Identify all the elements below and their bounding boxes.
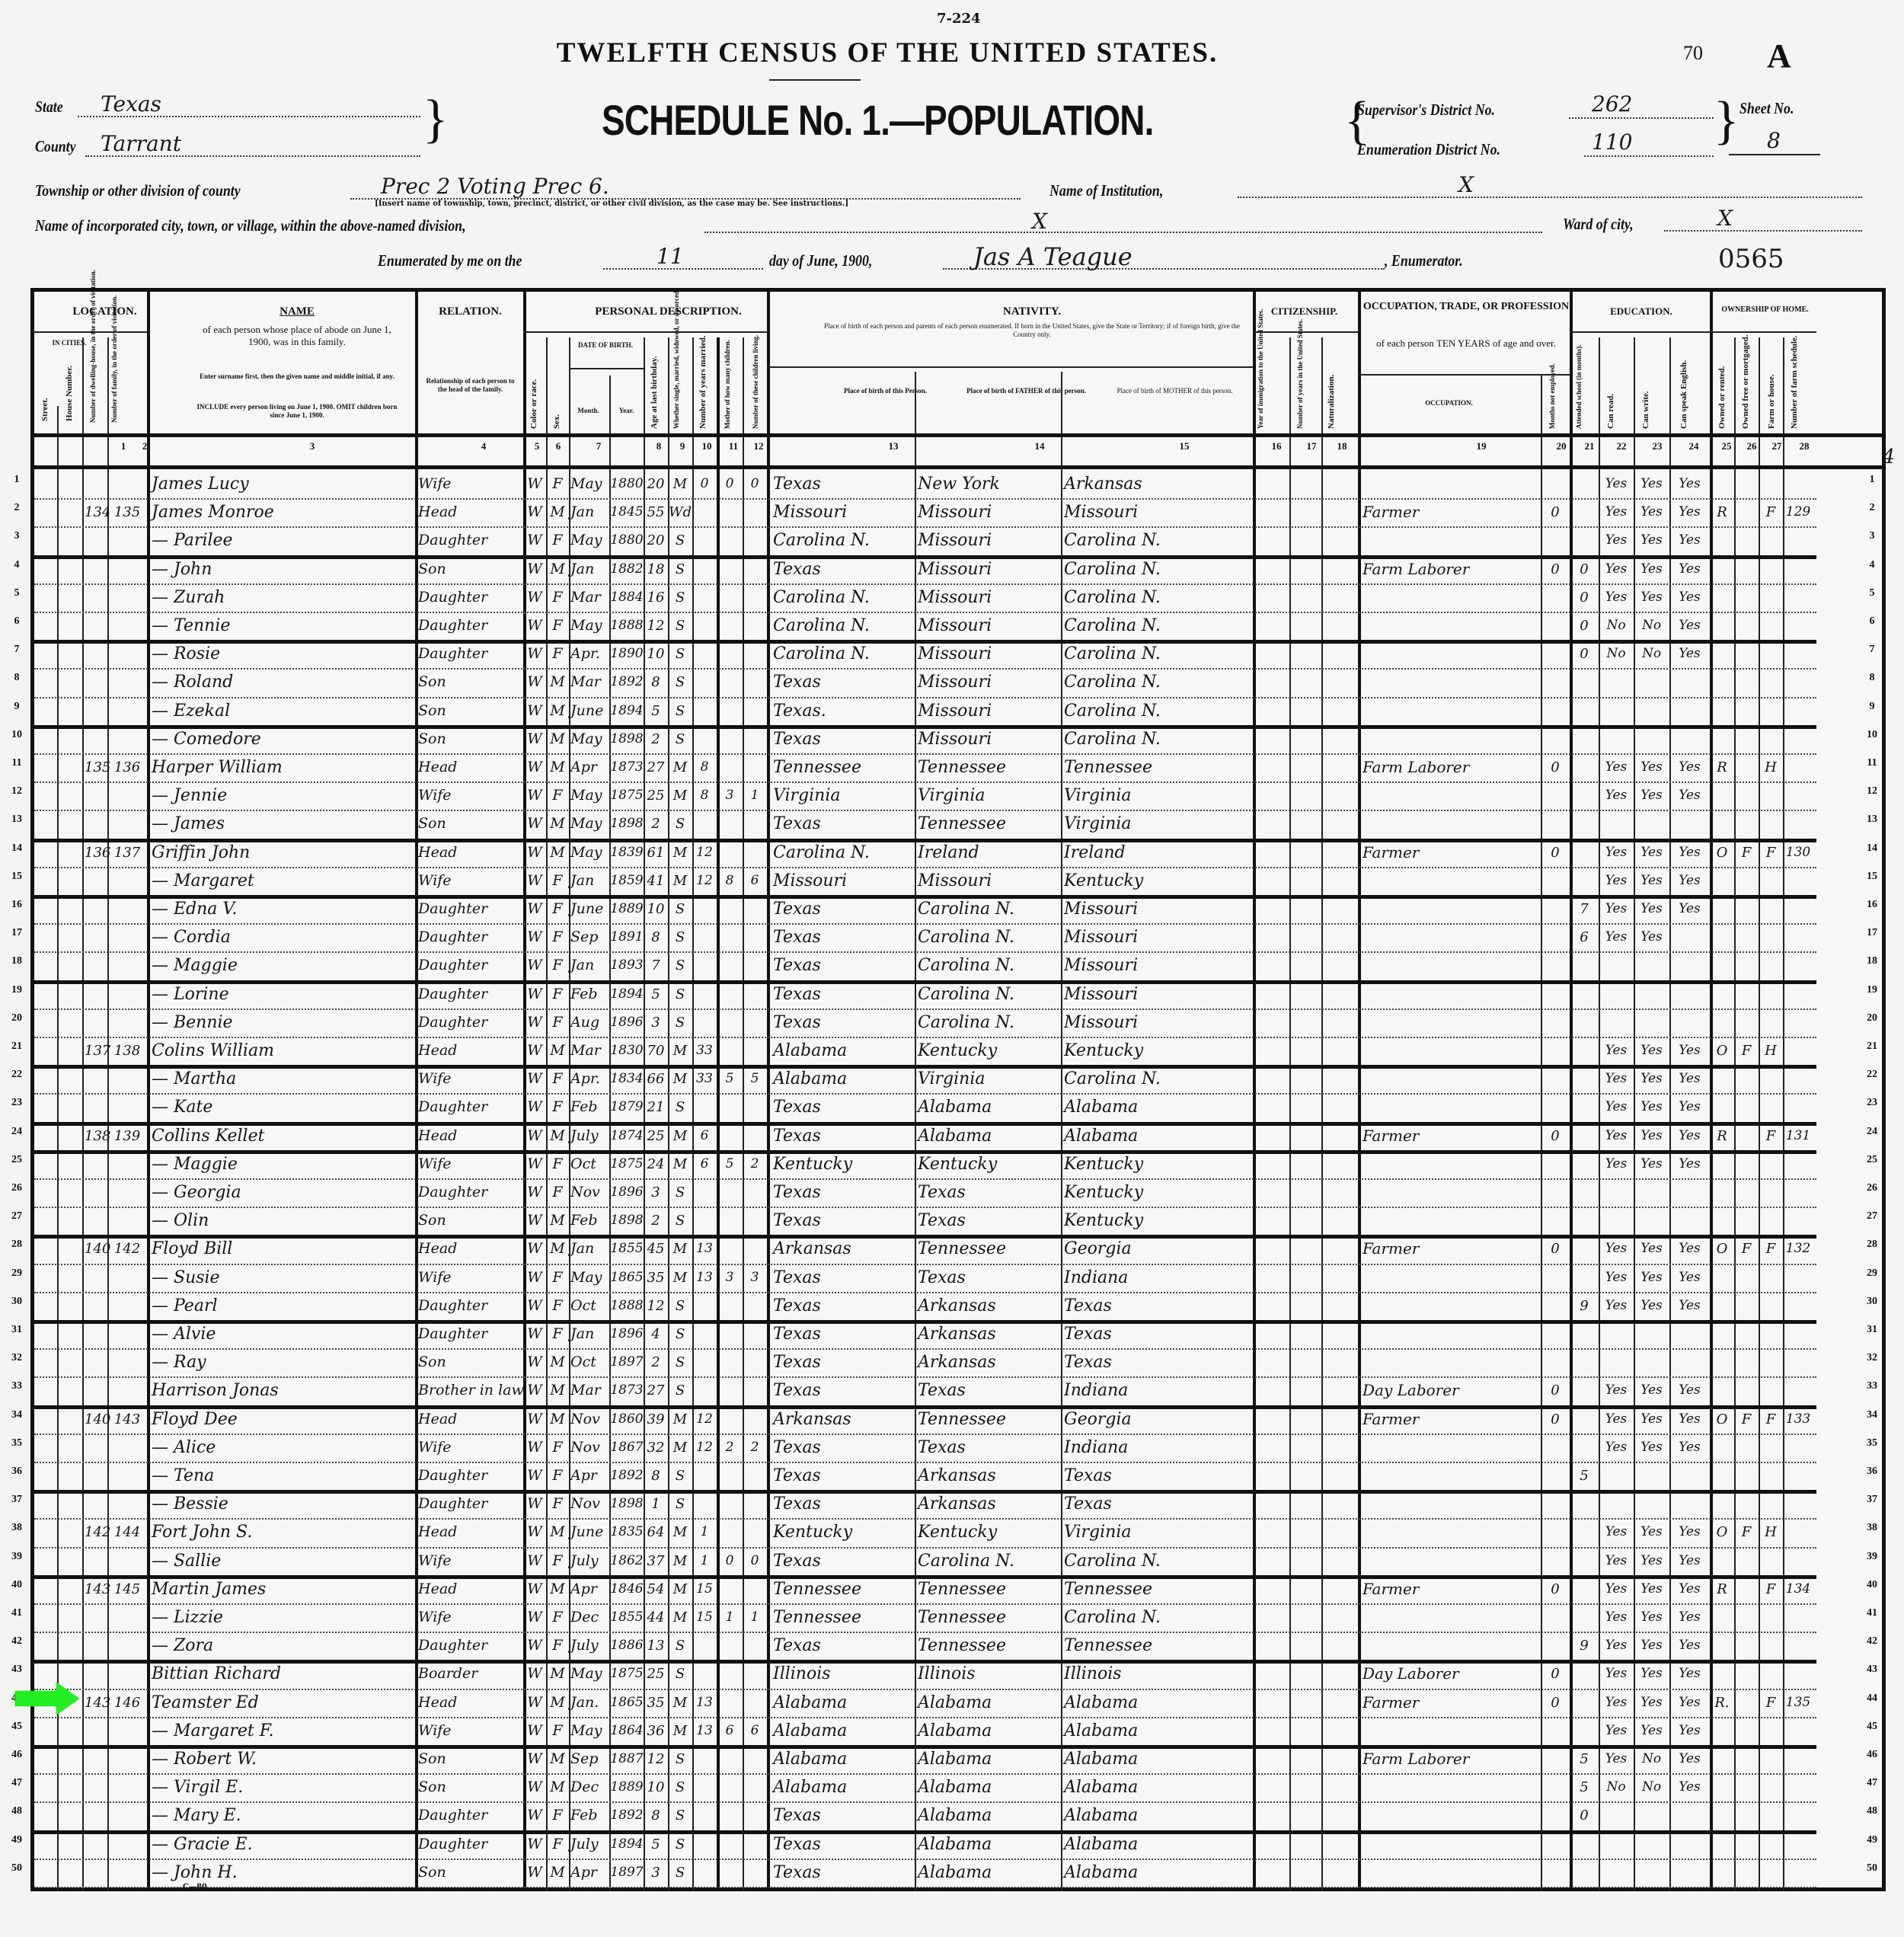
cell-mu <box>1541 1207 1570 1235</box>
row-number: 3 <box>8 530 26 542</box>
cell-write: Yes <box>1634 1065 1669 1093</box>
vh-children-living: Number of these children living. <box>752 322 759 429</box>
cell-free <box>1734 1547 1759 1575</box>
cell-farm <box>1759 980 1783 1008</box>
row-number: 6 <box>8 615 26 628</box>
cell-month: Oct <box>570 1348 610 1376</box>
cell-own <box>1710 951 1734 980</box>
cell-year: 1873 <box>610 1376 644 1405</box>
column-number: 20 <box>1552 440 1570 452</box>
cell-bm: Missouri <box>1064 923 1253 951</box>
cell-year: 1894 <box>610 697 644 725</box>
cell-name: Harper William <box>152 753 414 782</box>
cell-fs <box>1783 1178 1813 1207</box>
cell-bm: Missouri <box>1064 895 1253 923</box>
cell-bm: Carolina N. <box>1064 583 1253 612</box>
cell-fam <box>109 1745 145 1773</box>
cell-mo <box>717 1462 743 1490</box>
cell-liv <box>743 1207 767 1235</box>
vh-farm-house: Farm or house. <box>1767 353 1776 429</box>
cell-mu: 0 <box>1541 1689 1570 1717</box>
cell-bm: Alabama <box>1064 1773 1253 1801</box>
cell-mo <box>717 612 743 640</box>
cell-write: Yes <box>1634 1405 1669 1434</box>
cell-mu <box>1541 980 1570 1008</box>
cell-free <box>1734 1830 1759 1859</box>
cell-speak: Yes <box>1669 1547 1710 1575</box>
cell-mo <box>717 1178 743 1207</box>
row-number: 18 <box>8 955 26 967</box>
cell-mu <box>1541 1037 1570 1065</box>
cell-bm: Missouri <box>1064 498 1253 526</box>
cell-dw: 136 <box>85 839 107 867</box>
cell-ym: 33 <box>692 1065 717 1093</box>
row-number: 42 <box>1863 1635 1881 1648</box>
cell-farm <box>1759 697 1783 725</box>
cell-sch <box>1570 1376 1599 1405</box>
cell-bm: Tennessee <box>1064 1632 1253 1660</box>
cell-bf: Texas <box>918 1178 1061 1207</box>
cell-ym <box>692 640 717 668</box>
cell-age: 8 <box>644 668 668 696</box>
row-number: 26 <box>8 1182 26 1194</box>
grid-line <box>34 331 147 333</box>
cell-own <box>1710 1348 1734 1376</box>
cell-fs <box>1783 526 1813 555</box>
cell-occ <box>1363 470 1541 498</box>
cell-dw <box>85 1632 107 1660</box>
cell-bf: Tennessee <box>918 1235 1061 1263</box>
column-number: 9 <box>673 440 692 452</box>
cell-color: W <box>523 1292 546 1320</box>
row-number: 16 <box>1863 899 1881 911</box>
cell-farm <box>1759 1008 1783 1037</box>
cell-month: Apr. <box>570 640 610 668</box>
cell-fam <box>109 1603 145 1632</box>
cell-mar: S <box>668 1008 692 1037</box>
cell-write: Yes <box>1634 1632 1669 1660</box>
cell-mo <box>717 1689 743 1717</box>
cell-liv <box>743 555 767 583</box>
cell-rel: Son <box>418 810 522 838</box>
cell-write: No <box>1634 640 1669 668</box>
cell-sch: 5 <box>1570 1745 1599 1773</box>
cell-dw <box>85 1292 107 1320</box>
cell-read: Yes <box>1599 1434 1634 1462</box>
cell-read <box>1599 1830 1634 1859</box>
cell-color: W <box>523 1547 546 1575</box>
row-number: 41 <box>8 1607 26 1619</box>
cell-color: W <box>523 697 546 725</box>
cell-write: Yes <box>1634 1575 1669 1603</box>
cell-ym: 6 <box>692 1150 717 1178</box>
cell-ym <box>692 1008 717 1037</box>
cell-sex: M <box>546 1235 569 1263</box>
cell-sex: F <box>546 867 569 895</box>
cell-sex: M <box>546 725 569 753</box>
row-number: 13 <box>1863 813 1881 826</box>
cell-color: W <box>523 470 546 498</box>
grid-line <box>523 331 767 333</box>
population-table: LOCATION. IN CITIES. NAME of each person… <box>30 288 1886 1891</box>
cell-liv <box>743 725 767 753</box>
cell-occ <box>1363 980 1541 1008</box>
row-number: 17 <box>8 927 26 939</box>
cell-read <box>1599 1859 1634 1887</box>
cell-rel: Son <box>418 1348 522 1376</box>
cell-rel: Daughter <box>418 526 522 555</box>
cell-ym: 12 <box>692 867 717 895</box>
cell-name: — Roland <box>152 668 414 696</box>
cell-age: 35 <box>644 1689 668 1717</box>
row-number: 2 <box>1863 502 1881 514</box>
cell-write: Yes <box>1634 1434 1669 1462</box>
cell-bp: Texas <box>773 980 915 1008</box>
row-number: 47 <box>8 1777 26 1789</box>
cell-own <box>1710 668 1734 696</box>
cell-fam <box>109 923 145 951</box>
cell-write <box>1634 1490 1669 1518</box>
cell-liv: 0 <box>743 470 767 498</box>
cell-own <box>1710 1264 1734 1292</box>
cell-mo <box>717 498 743 526</box>
cell-speak <box>1669 980 1710 1008</box>
cell-speak: Yes <box>1669 1773 1710 1801</box>
cell-farm <box>1759 1490 1783 1518</box>
cell-sex: F <box>546 1292 569 1320</box>
cell-liv <box>743 1859 767 1887</box>
vh-street: Street. <box>40 337 50 421</box>
cell-liv: 1 <box>743 1603 767 1632</box>
group-nativity: NATIVITY. <box>811 305 1253 318</box>
institution-label: Name of Institution, <box>1049 181 1163 200</box>
cell-own <box>1710 1490 1734 1518</box>
cell-speak: Yes <box>1669 1518 1710 1546</box>
cell-name: — Margaret <box>152 867 414 895</box>
cell-color: W <box>523 612 546 640</box>
cell-free <box>1734 612 1759 640</box>
cell-liv <box>743 1462 767 1490</box>
cell-year: 1879 <box>610 1093 644 1121</box>
cell-speak <box>1669 1008 1710 1037</box>
cell-mo <box>717 1632 743 1660</box>
cell-fs <box>1783 1518 1813 1546</box>
cell-bf: Missouri <box>918 668 1061 696</box>
vh-years-us: Number of years in the United States. <box>1296 322 1304 429</box>
cell-occ: Farmer <box>1363 1689 1541 1717</box>
cell-sch <box>1570 753 1599 782</box>
cell-name: Bittian Richard <box>152 1660 414 1688</box>
cell-mu <box>1541 1462 1570 1490</box>
cell-ym: 1 <box>692 1547 717 1575</box>
cell-fs <box>1783 697 1813 725</box>
cell-sch: 5 <box>1570 1462 1599 1490</box>
cell-own <box>1710 867 1734 895</box>
cell-farm: F <box>1759 1235 1783 1263</box>
cell-rel: Wife <box>418 1264 522 1292</box>
cell-year: 1898 <box>610 810 644 838</box>
cell-age: 2 <box>644 725 668 753</box>
cell-sch <box>1570 1717 1599 1745</box>
cell-bm: Carolina N. <box>1064 612 1253 640</box>
cell-mar: S <box>668 725 692 753</box>
cell-free: F <box>1734 1405 1759 1434</box>
cell-mar: M <box>668 1264 692 1292</box>
row-number: 36 <box>1863 1466 1881 1478</box>
cell-ym <box>692 1320 717 1348</box>
cell-mu <box>1541 1603 1570 1632</box>
cell-free <box>1734 867 1759 895</box>
row-number: 22 <box>1863 1069 1881 1081</box>
cell-sch: 5 <box>1570 1773 1599 1801</box>
cell-mu <box>1541 1065 1570 1093</box>
cell-bf: Texas <box>918 1376 1061 1405</box>
cell-year: 1891 <box>610 923 644 951</box>
township-label: Township or other division of county <box>35 181 241 200</box>
cell-rel: Son <box>418 697 522 725</box>
cell-month: Dec <box>570 1603 610 1632</box>
cell-mu <box>1541 1348 1570 1376</box>
ward-field: X <box>1664 206 1862 232</box>
cell-mar: M <box>668 1689 692 1717</box>
cell-speak: Yes <box>1669 1575 1710 1603</box>
cell-bp: Texas <box>773 951 915 980</box>
cell-ym: 12 <box>692 1405 717 1434</box>
cell-own <box>1710 583 1734 612</box>
cell-mar: S <box>668 1207 692 1235</box>
cell-free <box>1734 668 1759 696</box>
cell-color: W <box>523 1830 546 1859</box>
cell-free <box>1734 1292 1759 1320</box>
cell-bf: Kentucky <box>918 1037 1061 1065</box>
column-number: 28 <box>1795 440 1813 452</box>
column-number: 2 <box>136 440 154 452</box>
schedule-title: SCHEDULE No. 1.—POPULATION. <box>602 95 1154 145</box>
cell-bp: Texas <box>773 1859 915 1887</box>
cell-month: Jan <box>570 951 610 980</box>
cell-sex: M <box>546 1773 569 1801</box>
cell-month: Apr. <box>570 1065 610 1093</box>
cell-read: Yes <box>1599 1632 1634 1660</box>
cell-bp: Texas <box>773 1490 915 1518</box>
cell-fam: 136 <box>109 753 145 782</box>
cell-bm: Kentucky <box>1064 1150 1253 1178</box>
cell-fs <box>1783 1801 1813 1830</box>
cell-sch <box>1570 1660 1599 1688</box>
cell-free: F <box>1734 839 1759 867</box>
cell-sch <box>1570 697 1599 725</box>
cell-mo <box>717 1405 743 1434</box>
cell-farm <box>1759 1717 1783 1745</box>
cell-age: 10 <box>644 640 668 668</box>
cell-mar: S <box>668 923 692 951</box>
cell-month: Mar <box>570 583 610 612</box>
row-number: 24 <box>8 1126 26 1138</box>
cell-free <box>1734 782 1759 810</box>
cell-read: Yes <box>1599 1689 1634 1717</box>
cell-liv <box>743 980 767 1008</box>
row-number: 5 <box>8 587 26 599</box>
cell-mu <box>1541 1434 1570 1462</box>
cell-read: Yes <box>1599 1037 1634 1065</box>
cell-dw <box>85 1490 107 1518</box>
cell-liv <box>743 1178 767 1207</box>
cell-sch <box>1570 1008 1599 1037</box>
cell-color: W <box>523 839 546 867</box>
column-number: 5 <box>528 440 546 452</box>
cell-read: Yes <box>1599 498 1634 526</box>
cell-sex: F <box>546 1603 569 1632</box>
cell-sch <box>1570 1264 1599 1292</box>
cell-rel: Daughter <box>418 1801 522 1830</box>
cell-fam <box>109 697 145 725</box>
cell-mar: S <box>668 951 692 980</box>
cell-bf: Arkansas <box>918 1348 1061 1376</box>
cell-read: Yes <box>1599 923 1634 951</box>
cell-sch <box>1570 1434 1599 1462</box>
cell-bf: Tennessee <box>918 1603 1061 1632</box>
cell-mu <box>1541 1178 1570 1207</box>
group-relation: RELATION. <box>419 305 522 318</box>
cell-bm: Virginia <box>1064 782 1253 810</box>
cell-occ <box>1363 1773 1541 1801</box>
cell-month: Jan. <box>570 1689 610 1717</box>
cell-own: R <box>1710 498 1734 526</box>
cell-occ <box>1363 1093 1541 1121</box>
cell-write: Yes <box>1634 1264 1669 1292</box>
cell-sch <box>1570 1037 1599 1065</box>
cell-mu <box>1541 668 1570 696</box>
cell-write: Yes <box>1634 923 1669 951</box>
cell-dw <box>85 1434 107 1462</box>
cell-write <box>1634 810 1669 838</box>
cell-own <box>1710 1434 1734 1462</box>
cell-color: W <box>523 1801 546 1830</box>
cell-bf: Missouri <box>918 640 1061 668</box>
cell-free <box>1734 1632 1759 1660</box>
cell-fam: 139 <box>109 1122 145 1150</box>
cell-bp: Alabama <box>773 1745 915 1773</box>
cell-bm: Missouri <box>1064 951 1253 980</box>
cell-mo <box>717 1292 743 1320</box>
cell-dw: 137 <box>85 1037 107 1065</box>
row-number: 12 <box>1863 785 1881 797</box>
cell-rel: Head <box>418 1235 522 1263</box>
cell-fam <box>109 867 145 895</box>
cell-month: June <box>570 895 610 923</box>
column-number: 25 <box>1717 440 1736 452</box>
cell-own: R <box>1710 1575 1734 1603</box>
cell-own: R <box>1710 1122 1734 1150</box>
cell-free <box>1734 555 1759 583</box>
cell-speak: Yes <box>1669 583 1710 612</box>
cell-color: W <box>523 1518 546 1546</box>
cell-mo <box>717 1320 743 1348</box>
cell-free: F <box>1734 1518 1759 1546</box>
cell-fs <box>1783 951 1813 980</box>
cell-bp: Carolina N. <box>773 526 915 555</box>
row-number: 34 <box>8 1409 26 1421</box>
cell-mo <box>717 526 743 555</box>
cell-name: — Georgia <box>152 1178 414 1207</box>
cell-age: 35 <box>644 1264 668 1292</box>
cell-bp: Alabama <box>773 1717 915 1745</box>
cell-color: W <box>523 1008 546 1037</box>
cell-color: W <box>523 1264 546 1292</box>
cell-mo <box>717 839 743 867</box>
cell-age: 5 <box>644 1830 668 1859</box>
cell-mo <box>717 895 743 923</box>
cell-color: W <box>523 1660 546 1688</box>
cell-write <box>1634 951 1669 980</box>
cell-age: 13 <box>644 1632 668 1660</box>
row-number: 27 <box>8 1210 26 1223</box>
township-field: Prec 2 Voting Prec 6. <box>350 174 1021 200</box>
cell-bp: Texas <box>773 1830 915 1859</box>
cell-ym <box>692 555 717 583</box>
cell-liv: 6 <box>743 1717 767 1745</box>
cell-dw <box>85 1745 107 1773</box>
cell-occ <box>1363 1178 1541 1207</box>
cell-bm: Carolina N. <box>1064 668 1253 696</box>
cell-age: 54 <box>644 1575 668 1603</box>
cell-free <box>1734 470 1759 498</box>
cell-sex: F <box>546 1065 569 1093</box>
cell-fam <box>109 1264 145 1292</box>
cell-liv <box>743 810 767 838</box>
cell-age: 1 <box>644 1490 668 1518</box>
cell-fam <box>109 1207 145 1235</box>
cell-bp: Texas <box>773 1434 915 1462</box>
cell-liv <box>743 1008 767 1037</box>
cell-bm: Missouri <box>1064 1008 1253 1037</box>
cell-bf: Missouri <box>918 725 1061 753</box>
cell-speak: Yes <box>1669 753 1710 782</box>
row-number: 25 <box>1863 1154 1881 1166</box>
cell-sex: F <box>546 1632 569 1660</box>
cell-fam <box>109 1093 145 1121</box>
cell-write: No <box>1634 1773 1669 1801</box>
cell-sex: M <box>546 1859 569 1887</box>
cell-free <box>1734 1603 1759 1632</box>
cell-sch: 7 <box>1570 895 1599 923</box>
cell-read <box>1599 725 1634 753</box>
cell-mo <box>717 697 743 725</box>
cell-age: 2 <box>644 1348 668 1376</box>
cell-write: Yes <box>1634 782 1669 810</box>
cell-fam <box>109 1801 145 1830</box>
group-name: NAME <box>179 305 415 318</box>
cell-bf: Carolina N. <box>918 923 1061 951</box>
cell-speak: Yes <box>1669 1660 1710 1688</box>
cell-age: 64 <box>644 1518 668 1546</box>
row-number: 46 <box>1863 1749 1881 1761</box>
cell-occ <box>1363 1830 1541 1859</box>
cell-mar: M <box>668 1122 692 1150</box>
cell-bm: Ireland <box>1064 839 1253 867</box>
cell-write: Yes <box>1634 1717 1669 1745</box>
cell-bf: Ireland <box>918 839 1061 867</box>
cell-rel: Wife <box>418 1603 522 1632</box>
cell-color: W <box>523 640 546 668</box>
cell-mo <box>717 583 743 612</box>
cell-age: 3 <box>644 1178 668 1207</box>
cell-fs <box>1783 980 1813 1008</box>
cell-sch <box>1570 1235 1599 1263</box>
cell-farm <box>1759 1859 1783 1887</box>
cell-mu <box>1541 470 1570 498</box>
city-field: X <box>704 209 1542 233</box>
